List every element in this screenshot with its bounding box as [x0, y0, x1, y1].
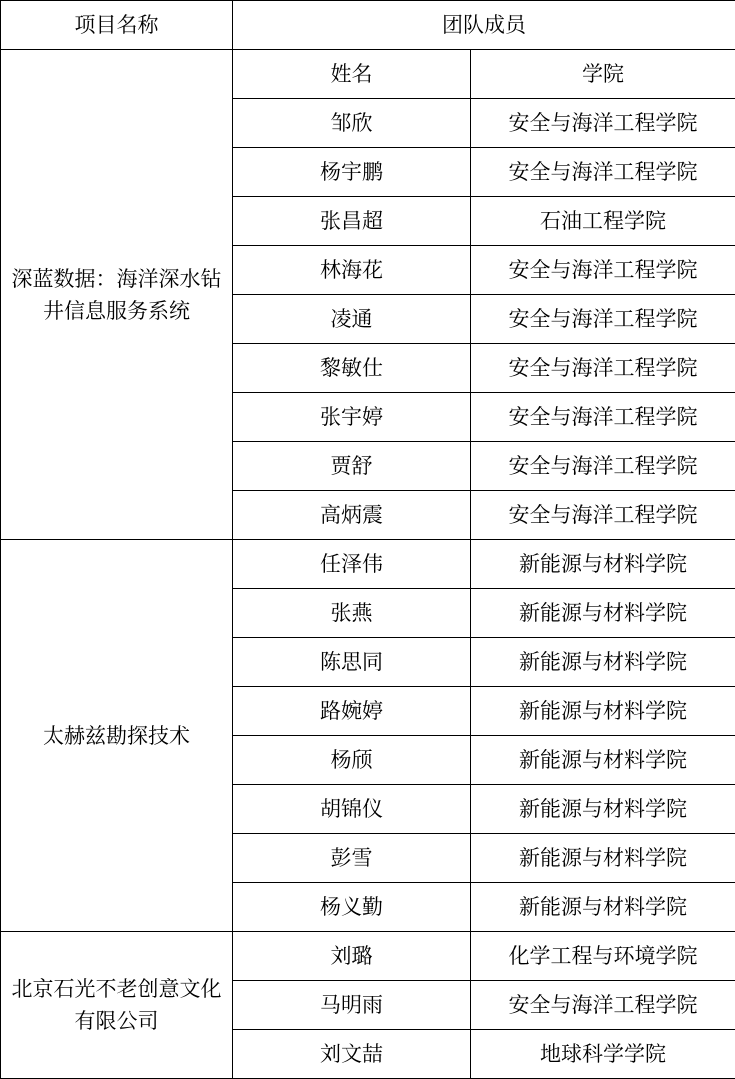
member-name: 黎敏仕	[233, 344, 471, 393]
member-college: 安全与海洋工程学院	[471, 442, 735, 491]
member-name: 任泽伟	[233, 540, 471, 589]
member-name: 贾舒	[233, 442, 471, 491]
member-college: 安全与海洋工程学院	[471, 99, 735, 148]
member-name: 杨义勤	[233, 883, 471, 932]
table-row: 太赫兹勘探技术 任泽伟 新能源与材料学院	[1, 540, 735, 589]
member-college: 新能源与材料学院	[471, 736, 735, 785]
member-college: 安全与海洋工程学院	[471, 246, 735, 295]
member-name: 刘璐	[233, 932, 471, 981]
member-college: 安全与海洋工程学院	[471, 981, 735, 1030]
project-name-cell: 太赫兹勘探技术	[1, 540, 233, 932]
member-college: 新能源与材料学院	[471, 785, 735, 834]
member-college: 新能源与材料学院	[471, 883, 735, 932]
member-name: 凌通	[233, 295, 471, 344]
subheader-row: 深蓝数据：海洋深水钻井信息服务系统 姓名 学院	[1, 50, 735, 99]
member-college: 新能源与材料学院	[471, 589, 735, 638]
member-name: 高炳震	[233, 491, 471, 540]
member-college: 安全与海洋工程学院	[471, 344, 735, 393]
header-team-members: 团队成员	[233, 1, 735, 50]
member-name: 陈思同	[233, 638, 471, 687]
member-college: 安全与海洋工程学院	[471, 295, 735, 344]
member-name: 杨颀	[233, 736, 471, 785]
member-college: 安全与海洋工程学院	[471, 491, 735, 540]
header-row: 项目名称 团队成员	[1, 1, 735, 50]
member-college: 新能源与材料学院	[471, 834, 735, 883]
member-name: 彭雪	[233, 834, 471, 883]
member-college: 新能源与材料学院	[471, 687, 735, 736]
member-name: 胡锦仪	[233, 785, 471, 834]
header-project-name: 项目名称	[1, 1, 233, 50]
member-college: 地球科学学院	[471, 1030, 735, 1079]
subheader-name: 姓名	[233, 50, 471, 99]
member-name: 马明雨	[233, 981, 471, 1030]
member-name: 林海花	[233, 246, 471, 295]
table-row: 北京石光不老创意文化有限公司 刘璐 化学工程与环境学院	[1, 932, 735, 981]
member-name: 邹欣	[233, 99, 471, 148]
member-college: 新能源与材料学院	[471, 638, 735, 687]
member-name: 刘文喆	[233, 1030, 471, 1079]
member-name: 张昌超	[233, 197, 471, 246]
project-name-cell: 北京石光不老创意文化有限公司	[1, 932, 233, 1079]
member-name: 张宇婷	[233, 393, 471, 442]
member-name: 杨宇鹏	[233, 148, 471, 197]
subheader-college: 学院	[471, 50, 735, 99]
project-name-cell: 深蓝数据：海洋深水钻井信息服务系统	[1, 50, 233, 540]
member-college: 化学工程与环境学院	[471, 932, 735, 981]
team-members-table: 项目名称 团队成员 深蓝数据：海洋深水钻井信息服务系统 姓名 学院 邹欣安全与海…	[0, 0, 735, 1079]
member-college: 安全与海洋工程学院	[471, 148, 735, 197]
member-name: 路婉婷	[233, 687, 471, 736]
member-name: 张燕	[233, 589, 471, 638]
member-college: 新能源与材料学院	[471, 540, 735, 589]
member-college: 石油工程学院	[471, 197, 735, 246]
member-college: 安全与海洋工程学院	[471, 393, 735, 442]
